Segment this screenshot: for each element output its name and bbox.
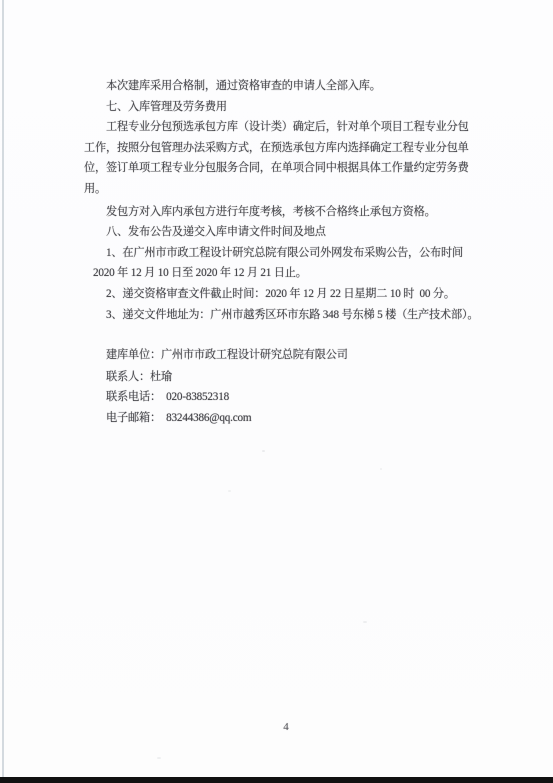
text-line: 七、入库管理及劳务费用 [84,97,514,118]
text-line: 建库单位：广州市市政工程设计研究总院有限公司 [84,345,514,366]
scan-speck [262,450,265,452]
text-line: 本次建库采用合格制，通过资格审查的申请人全部入库。 [84,76,514,97]
scan-speck [363,621,367,623]
text-line: 八、发布公告及递交入库申请文件时间及地点 [84,222,514,243]
scan-left-edge-line [2,0,4,779]
text-line: 用。 [84,179,514,200]
text-line: 2020 年 12 月 10 日至 2020 年 12 月 21 日止。 [84,263,514,284]
scan-speck [380,468,382,470]
scanned-document-page: 本次建库采用合格制，通过资格审查的申请人全部入库。七、入库管理及劳务费用工程专业… [0,0,553,783]
text-line: 电子邮箱： 83244386@qq.com [84,408,514,429]
text-line: 3、递交文件地址为：广州市越秀区环市东路 348 号东梯 5 楼（生产技术部）。 [84,305,514,326]
scan-speck [228,490,231,492]
text-line: 工程专业分包预选承包方库（设计类）确定后，针对单个项目工程专业分包 [84,117,514,138]
text-line: 发包方对入库内承包方进行年度考核，考核不合格终止承包方资格。 [84,202,514,223]
scan-bottom-bar [0,777,553,783]
scan-speck [157,757,161,759]
text-line: 位，签订单项工程专业分包服务合同，在单项合同中根据具体工作量约定劳务费 [84,158,514,179]
text-line: 工作，按照分包管理办法采购方式，在预选承包方库内选择确定工程专业分包单 [84,138,514,159]
text-line: 联系人：杜瑜 [84,367,514,388]
text-line: 1、在广州市市政工程设计研究总院有限公司外网发布采购公告，公布时间 [84,243,514,264]
text-line: 联系电话： 020-83852318 [84,387,514,408]
page-number: 4 [275,721,297,733]
text-line: 2、递交资格审查文件截止时间：2020 年 12 月 22 日星期二 10 时 … [84,284,514,305]
document-lines: 本次建库采用合格制，通过资格审查的申请人全部入库。七、入库管理及劳务费用工程专业… [84,76,514,429]
